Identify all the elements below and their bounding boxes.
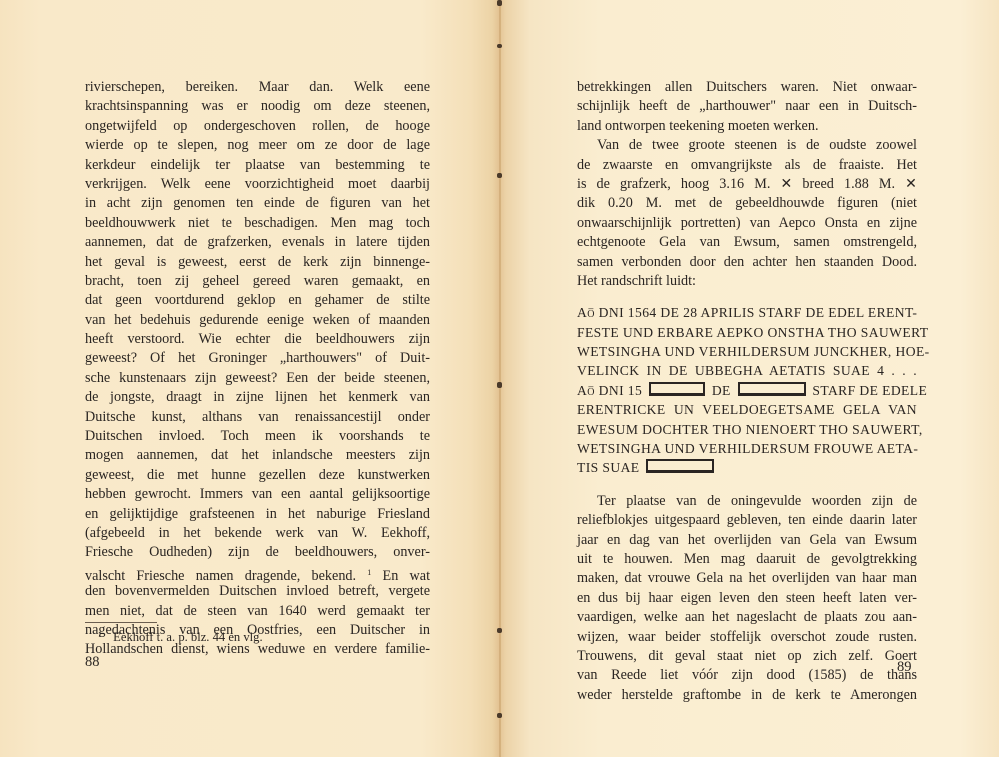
text-line: bracht, toen zij geheel gereed waren gem… bbox=[85, 272, 430, 291]
text-line: sche kunstenaars zijn geweest? Een der b… bbox=[85, 369, 430, 388]
spine-stitch-knot bbox=[497, 173, 502, 178]
page-number-left: 88 bbox=[85, 654, 100, 671]
right-page-body: betrekkingen allen Duitschers waren. Nie… bbox=[577, 78, 917, 705]
left-page-body: rivierschepen, bereiken. Maar dan. Welk … bbox=[85, 78, 430, 660]
spine-stitch-knot bbox=[497, 44, 502, 48]
inscription-line: WETSINGHA UND VERHILDERSUM FROUWE AETA- bbox=[577, 439, 917, 458]
text-line: mogen aannemen, dat het inlandsche meest… bbox=[85, 446, 430, 465]
page-number-right: 89 bbox=[897, 659, 912, 676]
text-line: de jongste, draagt in zijne lijnen het k… bbox=[85, 388, 430, 407]
blank-relief-block bbox=[646, 459, 714, 473]
text-line: krachtsinspanning was er noodig om deze … bbox=[85, 97, 430, 116]
footnote-mark: 1 bbox=[98, 630, 102, 639]
text-line: van Reede liet vóór zijn dood (1585) de … bbox=[577, 666, 917, 685]
inscription-line: EWESUM DOCHTER THO NIENOERT THO SAUWERT, bbox=[577, 420, 917, 439]
spine-stitch-knot bbox=[497, 628, 502, 633]
text-line: dik 0.20 M. met de gebeeldhouwde figuren… bbox=[577, 194, 917, 213]
text-line: Duitsche kunst, althans van renaissances… bbox=[85, 408, 430, 427]
text-line: dat geen voortdurend geklop en gehamer d… bbox=[85, 291, 430, 310]
blank-relief-block bbox=[738, 382, 806, 396]
grave-inscription: Ao̅ DNI 1564 DE 28 APRILIS STARF DE EDEL… bbox=[577, 303, 917, 478]
inscription-segment: TIS SUAE bbox=[577, 460, 640, 475]
text-line: Friesche Oudheden) zijn de beeldhouwers,… bbox=[85, 543, 430, 562]
inscription-line: ERENTRICKE UN VEELDOEGETSAME GELA VAN bbox=[577, 400, 917, 419]
spine-thread bbox=[499, 0, 501, 757]
text-line: men niet, dat de steen van 1640 werd gem… bbox=[85, 602, 430, 621]
text-line: onwaarschijnlijk portretten) van Aepco O… bbox=[577, 214, 917, 233]
paragraph-gap bbox=[577, 478, 917, 492]
text-line: uit te houwen. Men mag daaruit de gevolg… bbox=[577, 550, 917, 569]
inscription-line-with-blanks: Ao̅ DNI 15 DE STARF DE EDELE bbox=[577, 381, 917, 400]
text-line: betrekkingen allen Duitschers waren. Nie… bbox=[577, 78, 917, 97]
text-line: kerkdeur eindelijk ter plaatse van beste… bbox=[85, 156, 430, 175]
inscription-segment: STARF DE EDELE bbox=[812, 383, 927, 398]
spine-stitch-knot bbox=[497, 382, 502, 388]
text-line: rivierschepen, bereiken. Maar dan. Welk … bbox=[85, 78, 430, 97]
text-line: Duitschen invloed. Toch meen ik voorshan… bbox=[85, 427, 430, 446]
text-line: maken, dat vrouwe Gela na het overlijden… bbox=[577, 569, 917, 588]
spine-stitch-knot bbox=[497, 0, 502, 6]
text-line: Trouwens, dit geval staat niet op zich z… bbox=[577, 647, 917, 666]
text-line: beeldhouwwerk niet te beschadigen. Men m… bbox=[85, 214, 430, 233]
text-line: wijzen, waar beider stoffelijk overschot… bbox=[577, 628, 917, 647]
text-line: jaar en dag van het overlijden van Gela … bbox=[577, 531, 917, 550]
footnote-reference[interactable]: 1 bbox=[367, 568, 371, 577]
text-line: de zwaarste en omvangrijkste als de fraa… bbox=[577, 156, 917, 175]
text-line: verkrijgen. Welk eene voorzichtigheid mo… bbox=[85, 175, 430, 194]
inscription-line: VELINCK IN DE UBBEGHA AETATIS SUAE 4 . .… bbox=[577, 361, 917, 380]
blank-relief-block bbox=[649, 382, 705, 396]
text-line: Ter plaatse van de oningevulde woorden z… bbox=[577, 492, 917, 511]
text-line: in acht zijn genomen ten einde de figure… bbox=[85, 194, 430, 213]
text-line: van het bedehuis gedurende eenige weken … bbox=[85, 311, 430, 330]
text-line: schijnlijk heeft de „harthouwer" naar ee… bbox=[577, 97, 917, 116]
inscription-segment: DE bbox=[712, 383, 731, 398]
text-line: geweest, die met hunne gezellen deze kun… bbox=[85, 466, 430, 485]
footnote: 1 Eekhoff t. a. p. blz. 44 en vlg. bbox=[98, 630, 263, 645]
text-line-with-footnote-ref: valscht Friesche namen dragende, bekend.… bbox=[85, 563, 430, 582]
text-line: het geval is geweest, eerst de kerk zijn… bbox=[85, 253, 430, 272]
text-line: heeft verstoord. Wie echter die beeldhou… bbox=[85, 330, 430, 349]
inscription-line: Ao̅ DNI 1564 DE 28 APRILIS STARF DE EDEL… bbox=[577, 303, 917, 322]
text-line: wierde op te slepen, nog meer om ze door… bbox=[85, 136, 430, 155]
text-line: aannemen, dat de grafzerken, evenals in … bbox=[85, 233, 430, 252]
text-line: vaardigen, welke aan het nageslacht de p… bbox=[577, 608, 917, 627]
text-line: echtgenoote Gela van Ewsum, samen omstre… bbox=[577, 233, 917, 252]
text-line: (afgebeeld in het bekende werk van W. Ee… bbox=[85, 524, 430, 543]
text-line: samen verbonden door den achter hen staa… bbox=[577, 253, 917, 272]
text-line: Van de twee groote steenen is de oudste … bbox=[577, 136, 917, 155]
text-line: reliefblokjes uitgespaard gebleven, ten … bbox=[577, 511, 917, 530]
inscription-line: WETSINGHA UND VERHILDERSUM JUNCKHER, HOE… bbox=[577, 342, 917, 361]
footnote-text: Eekhoff t. a. p. blz. 44 en vlg. bbox=[113, 630, 262, 644]
inscription-segment: Ao̅ DNI 15 bbox=[577, 383, 642, 398]
spine-stitch-knot bbox=[497, 713, 502, 718]
inscription-line: FESTE UND ERBARE AEPKO ONSTHA THO SAUWER… bbox=[577, 323, 917, 342]
text-line: den bovenvermelden Duitschen invloed bet… bbox=[85, 582, 430, 601]
text-line: ongetwijfeld op ondergeschoven rollen, d… bbox=[85, 117, 430, 136]
text-line: land ontworpen teekening moeten werken. bbox=[577, 117, 917, 136]
text-line: en dus bij haar eigen leven den steen he… bbox=[577, 589, 917, 608]
text-line: is de grafzerk, hoog 3.16 M. ✕ breed 1.8… bbox=[577, 175, 917, 194]
footnote-divider bbox=[85, 622, 157, 623]
text-line: weder herstelde graftombe in de kerk te … bbox=[577, 686, 917, 705]
text-line: hebben gewrocht. Immers van een aantal g… bbox=[85, 485, 430, 504]
inscription-line-with-blank: TIS SUAE bbox=[577, 458, 917, 477]
text-line: en gelijktijdige grafsteenen in het nabu… bbox=[85, 505, 430, 524]
text-line: Het randschrift luidt: bbox=[577, 272, 917, 291]
text-line: geweest? Of het Groninger „harthouwers" … bbox=[85, 349, 430, 368]
